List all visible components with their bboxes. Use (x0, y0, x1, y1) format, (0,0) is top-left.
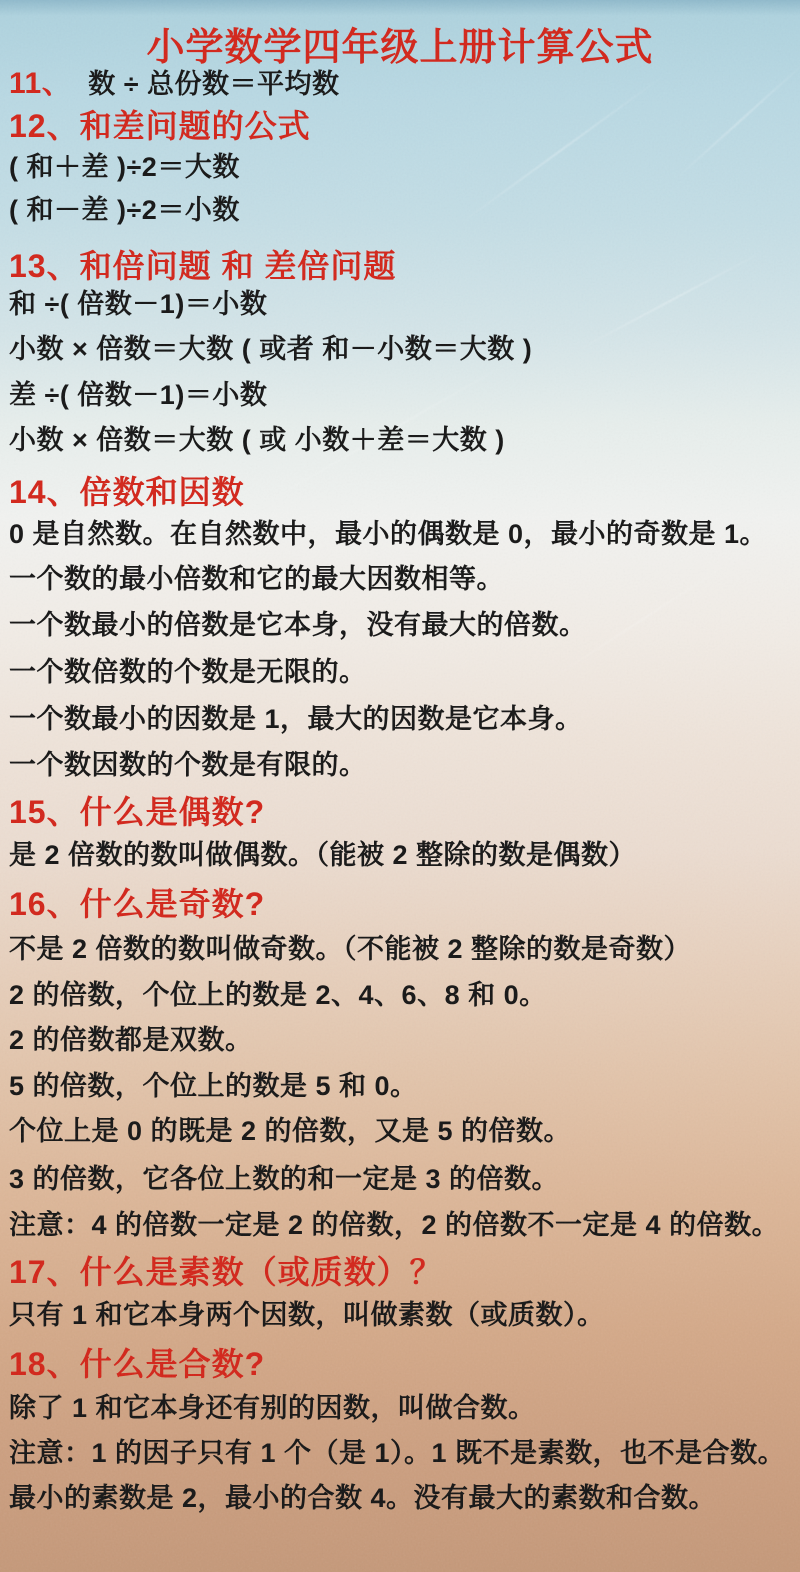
line-text: 12、和差问题的公式 (9, 108, 311, 144)
line-text: 个位上是 0 的既是 2 的倍数，又是 5 的倍数。 (9, 1116, 571, 1146)
line-text: 注意：4 的倍数一定是 2 的倍数，2 的倍数不一定是 4 的倍数。 (9, 1210, 779, 1240)
text-line: 不是 2 倍数的数叫做奇数。（不能被 2 整除的数是奇数） (9, 933, 691, 965)
line-text: 注意：1 的因子只有 1 个（是 1）。1 既不是素数，也不是合数。 (9, 1438, 785, 1468)
text-line: ( 和＋差 )÷2＝大数 (9, 151, 240, 183)
line-text: 和 ÷( 倍数－1)＝小数 (9, 289, 267, 319)
page-title: 小学数学四年级上册计算公式 (0, 16, 800, 71)
text-line: 一个数最小的倍数是它本身，没有最大的倍数。 (9, 609, 587, 641)
section-heading: 18、什么是合数? (9, 1345, 265, 1383)
text-line: 只有 1 和它本身两个因数，叫做素数（或质数）。 (9, 1299, 605, 1331)
text-line: 一个数最小的因数是 1，最大的因数是它本身。 (9, 703, 583, 735)
section-heading: 14、倍数和因数 (9, 473, 245, 511)
text-line: 5 的倍数，个位上的数是 5 和 0。 (9, 1070, 418, 1102)
line-text: 一个数因数的个数是有限的。 (9, 750, 367, 780)
line-text: 不是 2 倍数的数叫做奇数。（不能被 2 整除的数是奇数） (9, 934, 691, 964)
line-text: 一个数的最小倍数和它的最大因数相等。 (9, 564, 504, 594)
content-layer: 小学数学四年级上册计算公式 11、数 ÷ 总份数＝平均数12、和差问题的公式( … (0, 0, 800, 1572)
text-line: 2 的倍数都是双数。 (9, 1024, 253, 1056)
line-text: 5 的倍数，个位上的数是 5 和 0。 (9, 1071, 418, 1101)
line-text: 2 的倍数，个位上的数是 2、4、6、8 和 0。 (9, 980, 547, 1010)
line-text: 2 的倍数都是双数。 (9, 1025, 253, 1055)
worksheet-page: { "page": { "title": "小学数学四年级上册计算公式" }, … (0, 0, 800, 1572)
line-text: 16、什么是奇数? (9, 886, 265, 922)
text-line: 个位上是 0 的既是 2 的倍数，又是 5 的倍数。 (9, 1115, 571, 1147)
section-heading: 12、和差问题的公式 (9, 107, 311, 145)
line-text: ( 和－差 )÷2＝小数 (9, 195, 240, 225)
line-text: 15、什么是偶数? (9, 794, 265, 830)
line-text: 数 ÷ 总份数＝平均数 (88, 69, 339, 99)
line-text: 差 ÷( 倍数－1)＝小数 (9, 380, 267, 410)
text-line: 注意：4 的倍数一定是 2 的倍数，2 的倍数不一定是 4 的倍数。 (9, 1209, 779, 1241)
line-text: 3 的倍数，它各位上数的和一定是 3 的倍数。 (9, 1164, 559, 1194)
text-line: 小数 × 倍数＝大数 ( 或者 和－小数＝大数 ) (9, 333, 532, 365)
line-text: ( 和＋差 )÷2＝大数 (9, 152, 240, 182)
text-line: 0 是自然数。在自然数中，最小的偶数是 0，最小的奇数是 1。 (9, 518, 767, 550)
line-text: 最小的素数是 2，最小的合数 4。没有最大的素数和合数。 (9, 1483, 716, 1513)
section-heading: 15、什么是偶数? (9, 793, 265, 831)
section-heading: 16、什么是奇数? (9, 885, 265, 923)
line-text: 17、什么是素数（或质数）？ (9, 1254, 443, 1290)
text-line: 最小的素数是 2，最小的合数 4。没有最大的素数和合数。 (9, 1482, 716, 1514)
line-text: 只有 1 和它本身两个因数，叫做素数（或质数）。 (9, 1300, 605, 1330)
section-heading: 13、和倍问题 和 差倍问题 (9, 247, 396, 285)
line-text: 小数 × 倍数＝大数 ( 或者 和－小数＝大数 ) (9, 334, 532, 364)
text-line: 注意：1 的因子只有 1 个（是 1）。1 既不是素数，也不是合数。 (9, 1437, 785, 1469)
text-line: ( 和－差 )÷2＝小数 (9, 194, 240, 226)
line-text: 小数 × 倍数＝大数 ( 或 小数＋差＝大数 ) (9, 425, 505, 455)
line-text: 是 2 倍数的数叫做偶数。（能被 2 整除的数是偶数） (9, 840, 636, 870)
text-line: 一个数因数的个数是有限的。 (9, 749, 367, 781)
line-text: 一个数最小的倍数是它本身，没有最大的倍数。 (9, 610, 587, 640)
line-text: 除了 1 和它本身还有别的因数，叫做合数。 (9, 1393, 536, 1423)
text-line: 除了 1 和它本身还有别的因数，叫做合数。 (9, 1392, 536, 1424)
text-line: 2 的倍数，个位上的数是 2、4、6、8 和 0。 (9, 979, 547, 1011)
text-line: 一个数的最小倍数和它的最大因数相等。 (9, 563, 504, 595)
line-text: 0 是自然数。在自然数中，最小的偶数是 0，最小的奇数是 1。 (9, 519, 767, 549)
text-line: 是 2 倍数的数叫做偶数。（能被 2 整除的数是偶数） (9, 839, 636, 871)
line-text: 一个数最小的因数是 1，最大的因数是它本身。 (9, 704, 583, 734)
item-number: 11、 (9, 67, 72, 100)
line-text: 13、和倍问题 和 差倍问题 (9, 248, 396, 284)
line-text: 一个数倍数的个数是无限的。 (9, 657, 367, 687)
text-line: 差 ÷( 倍数－1)＝小数 (9, 379, 267, 411)
section-heading: 17、什么是素数（或质数）？ (9, 1253, 443, 1291)
text-line: 小数 × 倍数＝大数 ( 或 小数＋差＝大数 ) (9, 424, 505, 456)
text-line: 3 的倍数，它各位上数的和一定是 3 的倍数。 (9, 1163, 559, 1195)
text-line: 11、数 ÷ 总份数＝平均数 (9, 66, 340, 102)
text-line: 一个数倍数的个数是无限的。 (9, 656, 367, 688)
line-text: 14、倍数和因数 (9, 474, 245, 510)
text-line: 和 ÷( 倍数－1)＝小数 (9, 288, 267, 320)
line-text: 18、什么是合数? (9, 1346, 265, 1382)
